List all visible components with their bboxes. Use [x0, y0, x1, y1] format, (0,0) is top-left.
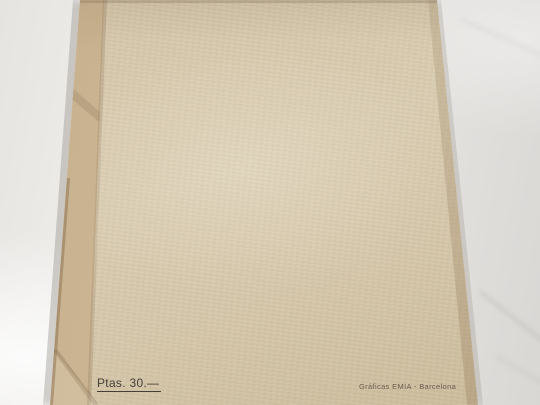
- photo-frame: Ptas. 30.— Gráficas EMIA - Barcelona: [0, 0, 540, 405]
- printer-credit: Gráficas EMIA - Barcelona: [359, 383, 456, 391]
- price-label: Ptas. 30.—: [97, 377, 161, 392]
